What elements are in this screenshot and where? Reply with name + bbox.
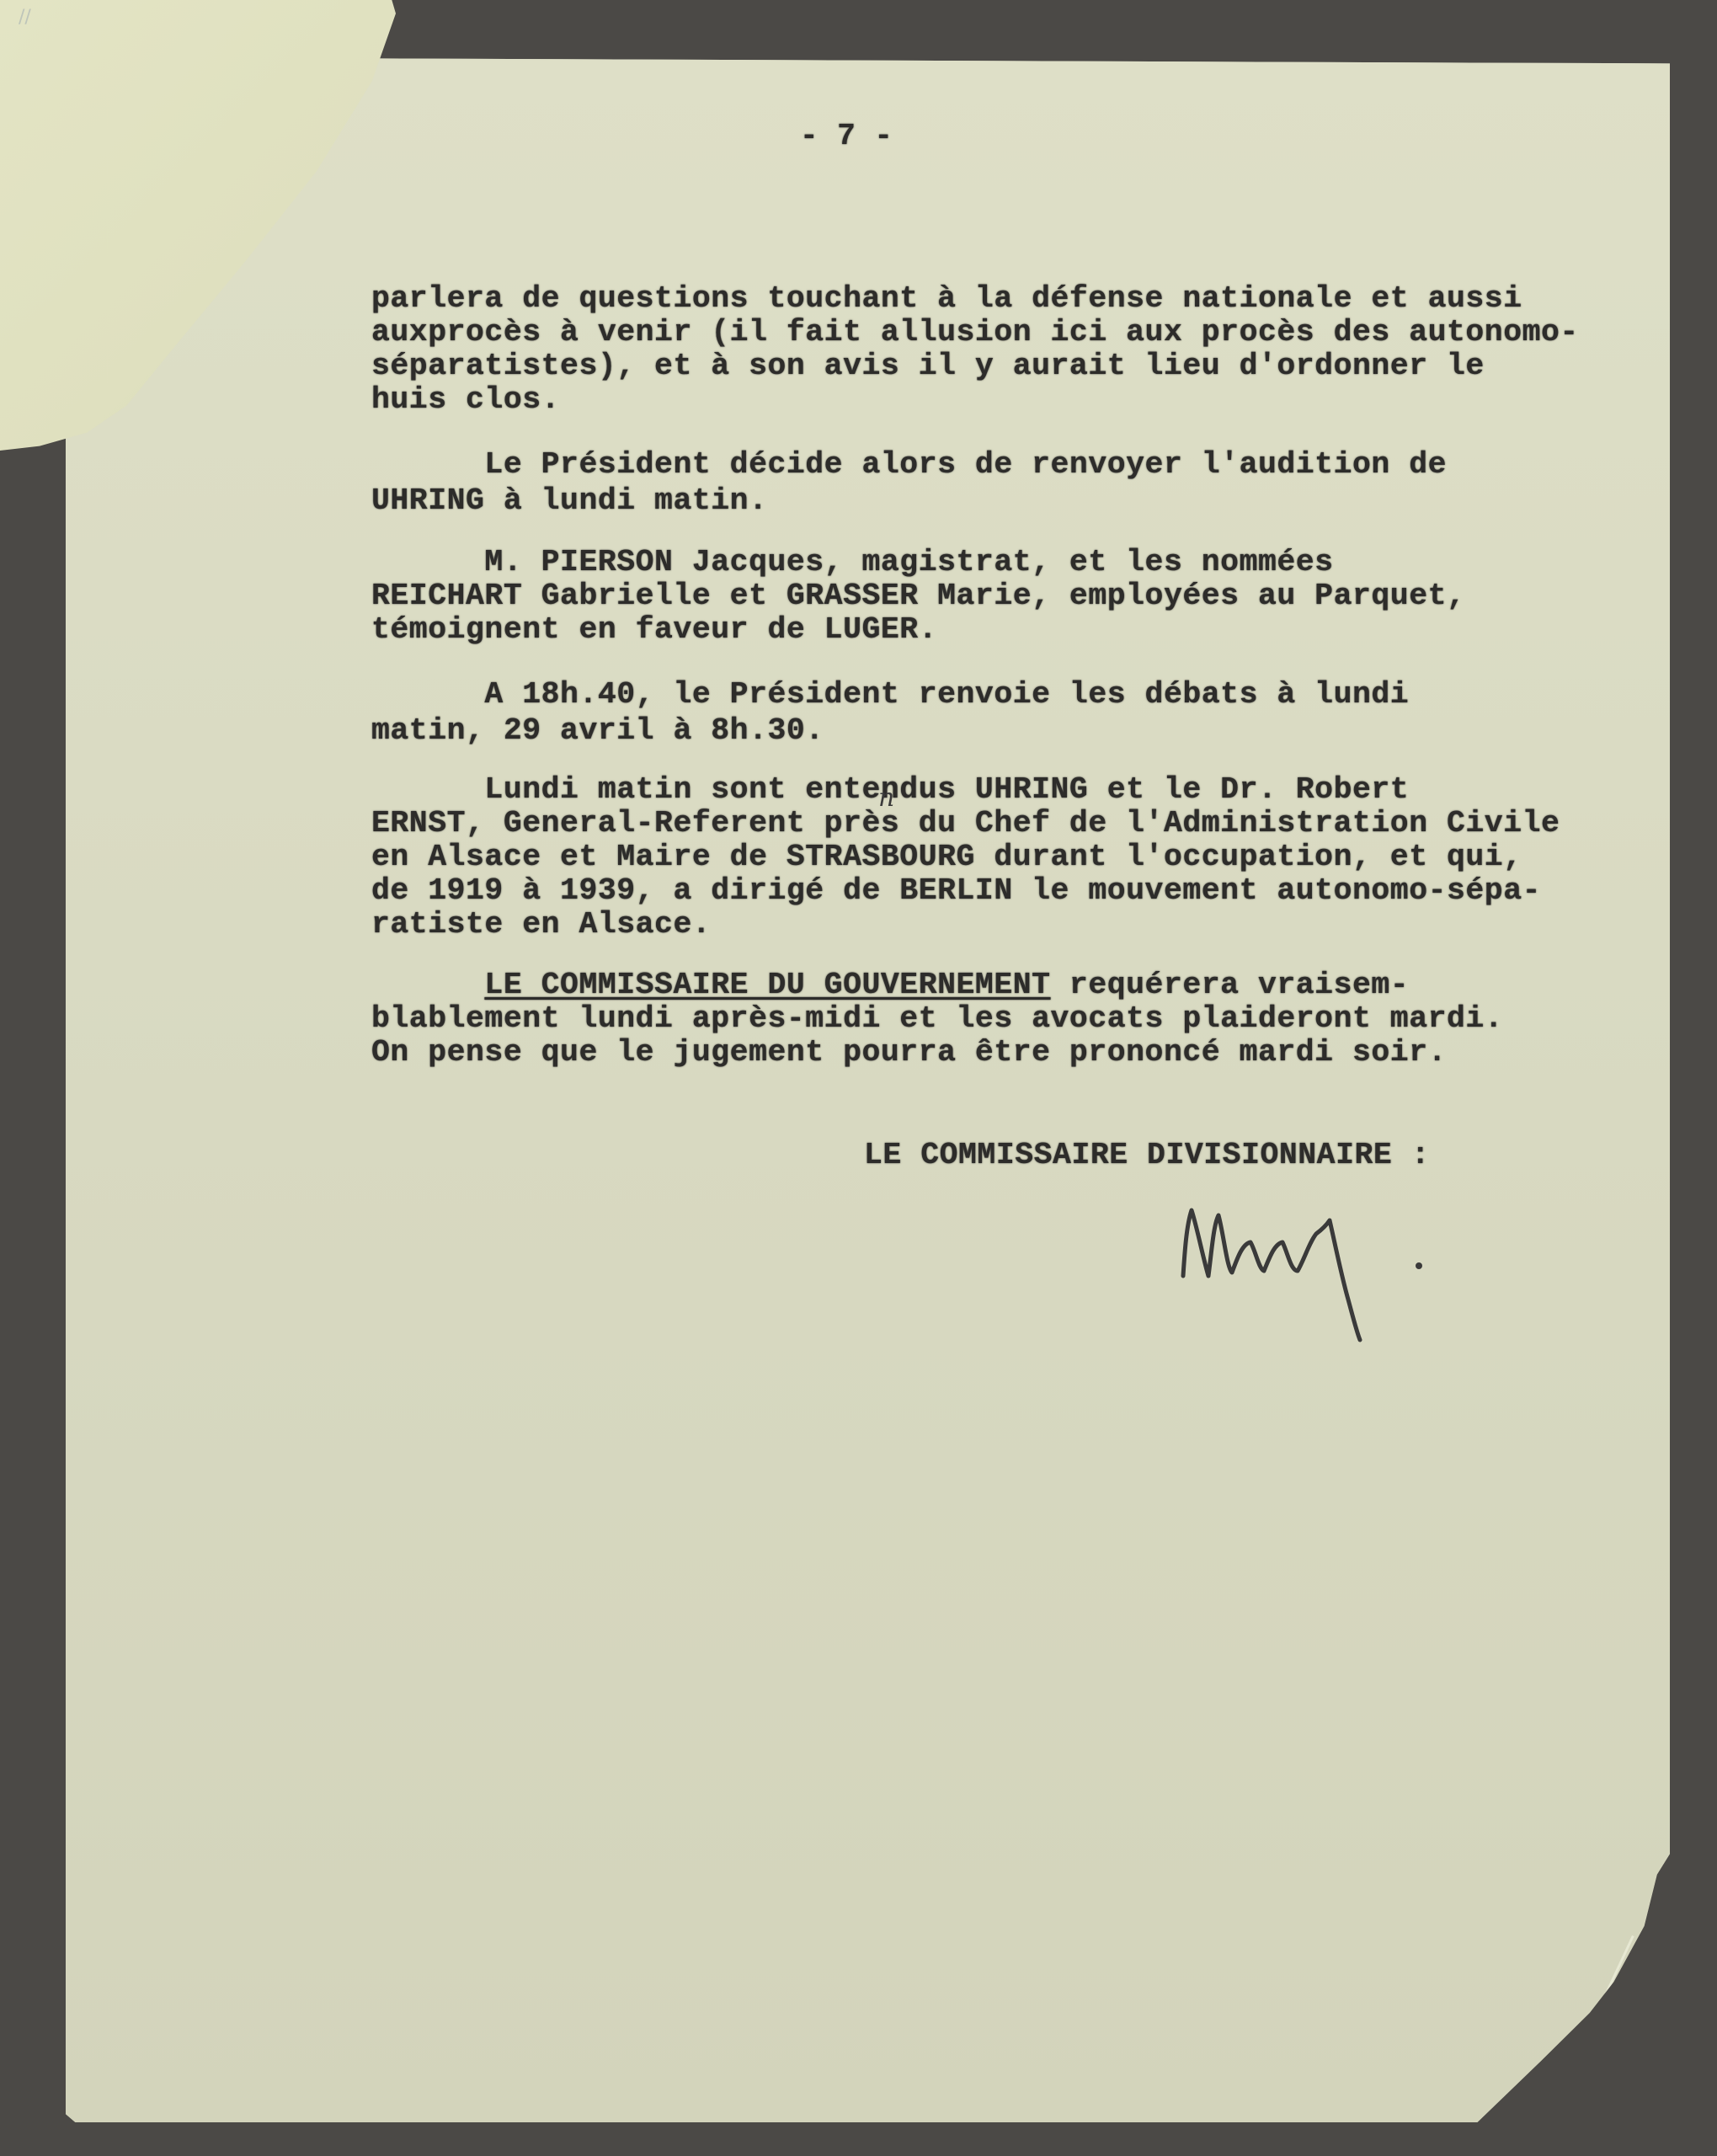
paragraph-5-line-2: ERNST, General-Referent près du Chef de … <box>371 807 1560 841</box>
handwritten-signature-icon <box>1175 1192 1444 1343</box>
paragraph-4-line-2: matin, 29 avril à 8h.30. <box>371 714 824 748</box>
handwritten-annotation: n <box>878 783 894 813</box>
signature-title: LE COMMISSAIRE DIVISIONNAIRE : <box>864 1139 1430 1172</box>
paragraph-3-line-2: REICHART Gabrielle et GRASSER Marie, emp… <box>371 579 1465 613</box>
paragraph-1-line-2: auxprocès à venir (il fait allusion ici … <box>371 316 1579 350</box>
page-number: - 7 - <box>800 120 893 153</box>
underlined-title: LE COMMISSAIRE DU GOUVERNEMENT <box>484 968 1050 1002</box>
faint-ink-mark: // <box>19 7 52 32</box>
paragraph-1-line-3: séparatistes), et à son avis il y aurait… <box>371 350 1485 383</box>
paragraph-4-line-1: A 18h.40, le Président renvoie les débat… <box>371 678 1409 712</box>
paragraph-2-line-2: UHRING à lundi matin. <box>371 484 767 518</box>
paragraph-1-line-4: huis clos. <box>371 383 560 417</box>
paragraph-6-line-1: LE COMMISSAIRE DU GOUVERNEMENT requérera… <box>371 969 1409 1002</box>
paragraph-5-line-3: en Alsace et Maire de STRASBOURG durant … <box>371 841 1522 874</box>
paragraph-3-line-1: M. PIERSON Jacques, magistrat, et les no… <box>371 546 1334 579</box>
paragraph-2-line-1: Le Président décide alors de renvoyer l'… <box>371 448 1447 482</box>
paragraph-6-line-3: On pense que le jugement pourra être pro… <box>371 1036 1447 1070</box>
paragraph-6-line-1-rest: requérera vraisem- <box>1051 968 1410 1002</box>
paragraph-5-line-4: de 1919 à 1939, a dirigé de BERLIN le mo… <box>371 874 1541 908</box>
paragraph-1-line-1: parlera de questions touchant à la défen… <box>371 282 1522 316</box>
paragraph-3-line-3: témoignent en faveur de LUGER. <box>371 613 937 647</box>
paragraph-5-line-5: ratiste en Alsace. <box>371 908 711 942</box>
paragraph-6-line-2: blablement lundi après-midi et les avoca… <box>371 1002 1503 1036</box>
